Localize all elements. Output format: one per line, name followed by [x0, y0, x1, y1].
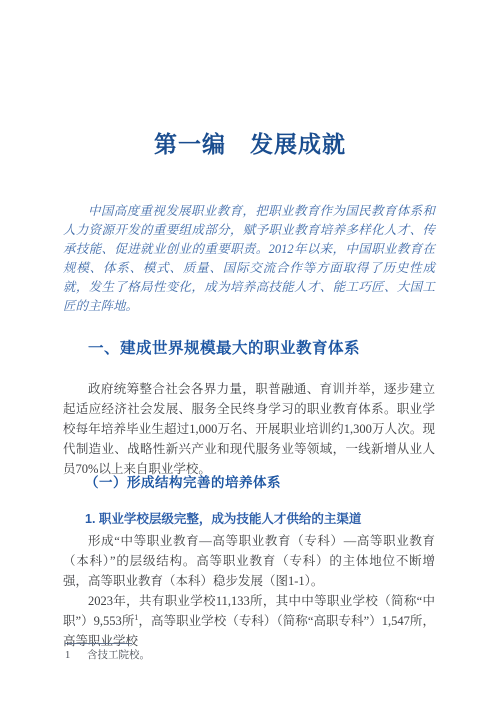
part-title: 第一编 发展成就: [0, 126, 500, 159]
document-page: 第一编 发展成就 中国高度重视发展职业教育，把职业教育作为国民教育体系和人力资源…: [0, 0, 500, 723]
section-heading: 一、建成世界规模最大的职业教育体系: [88, 336, 360, 358]
item-heading: 1. 职业学校层级完整，成为技能人才供给的主渠道: [85, 509, 361, 527]
body-paragraph-2: 形成“中等职业教育—高等职业教育（专科）—高等职业教育（本科）”的层级结构。高等…: [63, 531, 435, 591]
body-paragraph-1: 政府统筹整合社会各界力量，职普融通、育训并举，逐步建立起适应经济社会发展、服务全…: [63, 379, 435, 479]
footnote-number: 1: [65, 648, 87, 663]
intro-paragraph: 中国高度重视发展职业教育，把职业教育作为国民教育体系和人力资源开发的重要组成部分…: [63, 202, 435, 316]
footnote-text: 含技工院校。: [87, 650, 150, 661]
footnote: 1含技工院校。: [65, 648, 435, 663]
body-paragraph-3: 2023年，共有职业学校11,133所，其中中等职业学校（简称“中职”）9,55…: [63, 591, 435, 651]
footnote-divider: [65, 643, 132, 644]
subsection-heading: （一）形成结构完善的培养体系: [85, 471, 281, 491]
